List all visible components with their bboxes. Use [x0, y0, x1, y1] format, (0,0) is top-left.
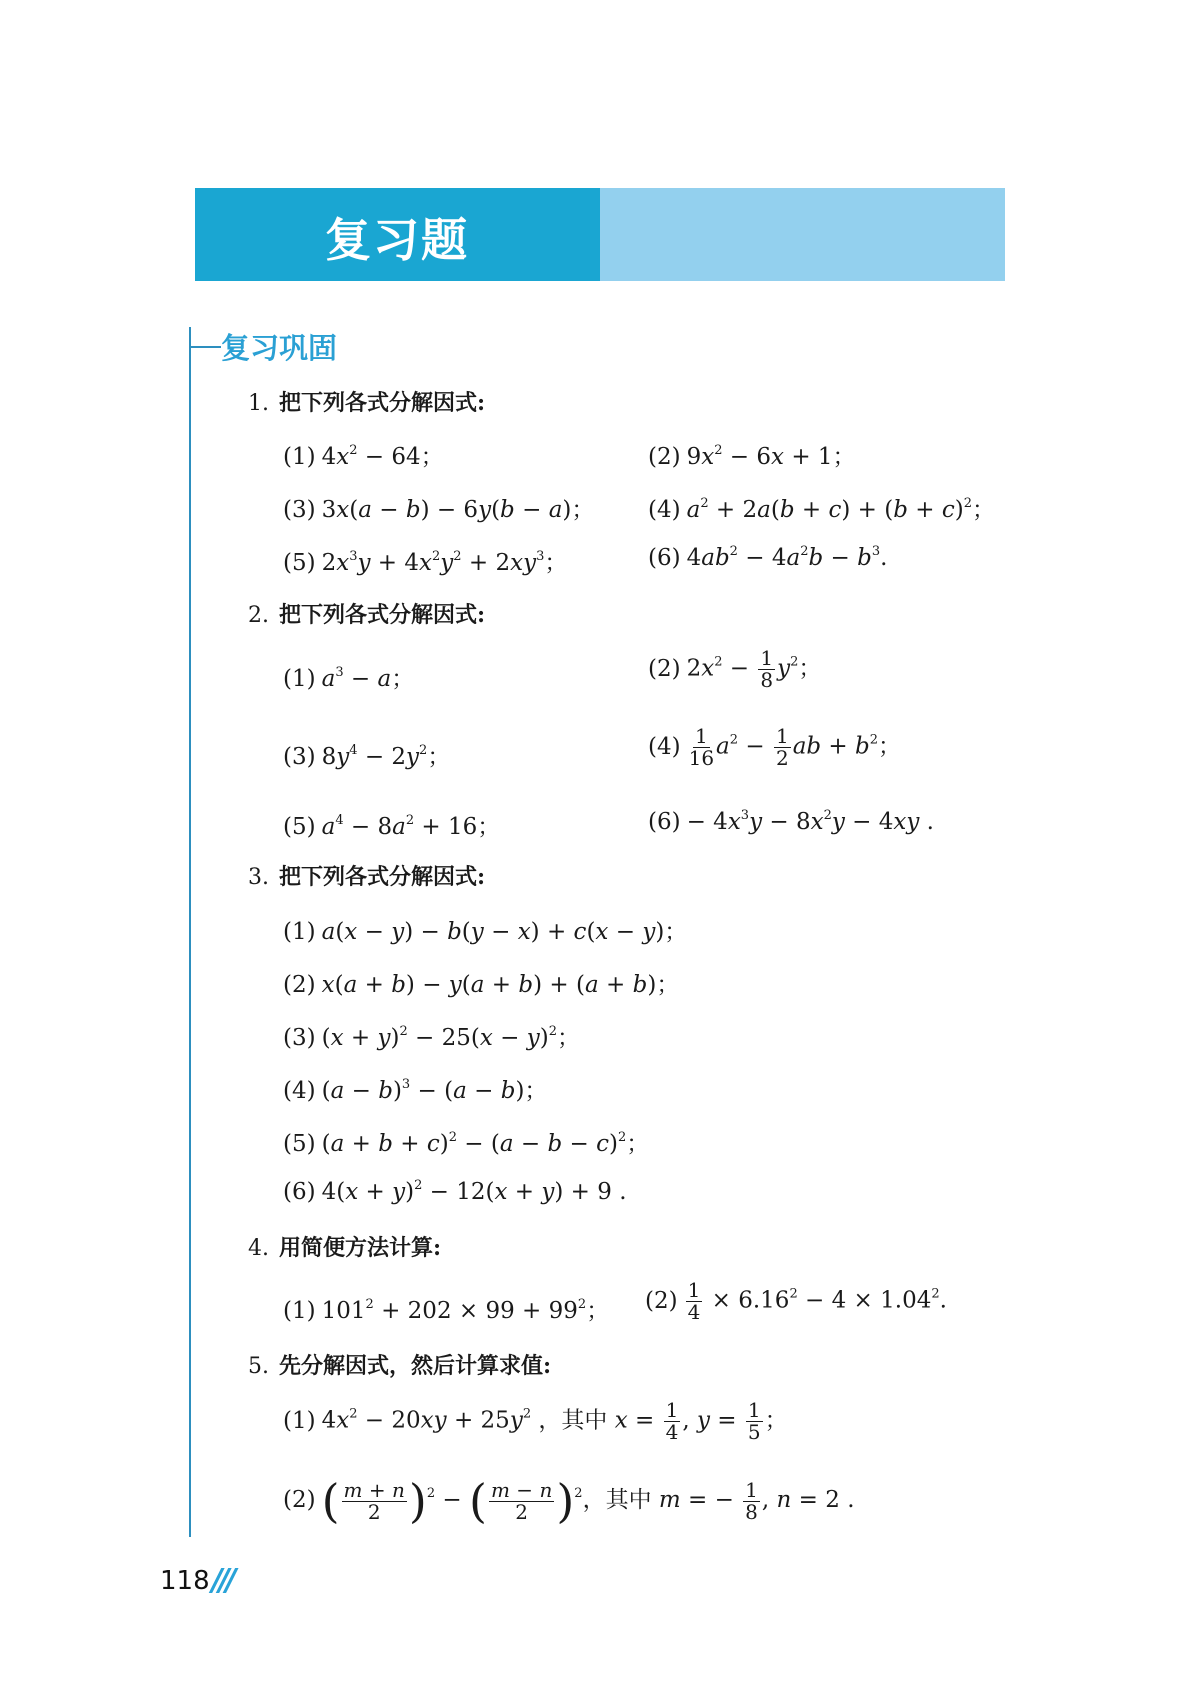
- question-2: 2.把下列各式分解因式:: [248, 598, 485, 629]
- q2-item-6: (6)− 4x3y − 8x2y − 4xy .: [648, 808, 934, 835]
- q1-item-1: (1)4x2 − 64；: [283, 438, 444, 471]
- q3-item-6: (6)4(x + y)2 − 12(x + y) + 9 .: [283, 1178, 627, 1205]
- q1-item-6: (6)4ab2 − 4a2b − b3.: [648, 544, 887, 571]
- banner-title: 复习题: [325, 204, 469, 270]
- chapter-banner: 复习题: [195, 188, 1005, 281]
- q3-item-4: (4)(a − b)3 − (a − b)；: [283, 1072, 547, 1105]
- section-vertical-rule: [189, 327, 191, 1537]
- question-3: 3.把下列各式分解因式:: [248, 860, 485, 891]
- q3-item-2: (2)x(a + b) − y(a + b) + (a + b)；: [283, 966, 679, 999]
- page-number: 118 ///: [160, 1563, 233, 1598]
- q4-item-1: (1)1012 + 202 × 99 + 992；: [283, 1292, 609, 1325]
- q1-item-4: (4)a2 + 2a(b + c) + (b + c)2；: [648, 491, 995, 524]
- q4-item-2: (2)14 × 6.162 − 4 × 1.042.: [645, 1280, 947, 1323]
- q3-item-1: (1)a(x − y) − b(y − x) + c(x − y)；: [283, 913, 687, 946]
- q5-item-2: (2)(m + n2)2 − (m − n2)2，其中 m = − 18, n …: [283, 1478, 855, 1524]
- question-prompt: 把下列各式分解因式:: [279, 602, 485, 628]
- banner-dark-block: 复习题: [195, 188, 600, 281]
- q2-item-5: (5)a4 − 8a2 + 16；: [283, 808, 500, 841]
- q2-item-4: (4)116a2 − 12ab + b2；: [648, 726, 901, 769]
- question-4: 4.用简便方法计算:: [248, 1231, 441, 1262]
- q2-item-3: (3)8y4 − 2y2；: [283, 738, 450, 771]
- question-prompt: 把下列各式分解因式:: [279, 390, 485, 416]
- question-prompt: 把下列各式分解因式:: [279, 864, 485, 890]
- q1-item-2: (2)9x2 − 6x + 1；: [648, 438, 856, 471]
- question-prompt: 用简便方法计算:: [279, 1235, 441, 1261]
- section-heading: 复习巩固: [189, 326, 337, 367]
- q1-item-5: (5)2x3y + 4x2y2 + 2xy3；: [283, 544, 567, 577]
- question-1: 1.把下列各式分解因式:: [248, 386, 485, 417]
- q1-item-3: (3)3x(a − b) − 6y(b − a)；: [283, 491, 594, 524]
- q3-item-5: (5)(a + b + c)2 − (a − b − c)2；: [283, 1125, 649, 1158]
- question-prompt: 先分解因式，然后计算求值:: [279, 1353, 551, 1379]
- page-accent-slashes: ///: [212, 1563, 233, 1598]
- banner-light-block: [600, 188, 1005, 281]
- q5-item-1: (1)4x2 − 20xy + 25y2 ，其中 x = 14, y = 15；: [283, 1400, 788, 1443]
- section-title: 复习巩固: [221, 326, 337, 367]
- question-5: 5.先分解因式，然后计算求值:: [248, 1349, 551, 1380]
- q3-item-3: (3)(x + y)2 − 25(x − y)2；: [283, 1019, 580, 1052]
- q2-item-1: (1)a3 − a；: [283, 660, 414, 693]
- page-number-text: 118: [160, 1566, 210, 1596]
- section-tick-mark: [189, 346, 221, 348]
- q2-item-2: (2)2x2 − 18y2；: [648, 648, 821, 691]
